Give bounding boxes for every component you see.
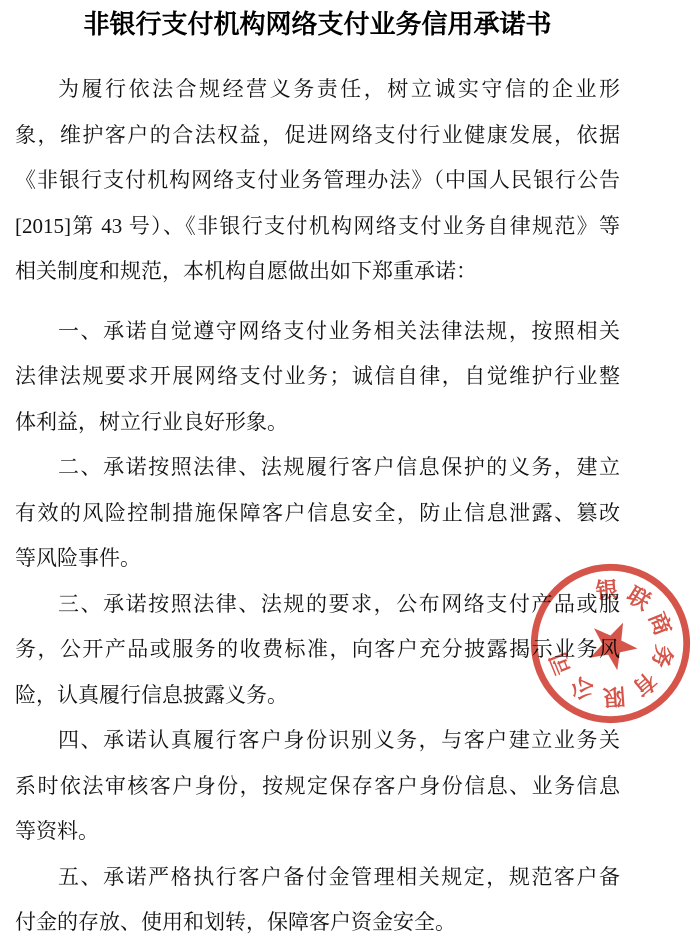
paragraph: 一、承诺自觉遵守网络支付业务相关法律法规，按照相关法律法规要求开展网络支付业务；… (15, 309, 620, 446)
text-line: 为履行依法合规经营义务责任，树立诚实守信的企业形 (15, 67, 620, 113)
seal-char: 务 (647, 643, 678, 671)
text-line: 相关制度和规范，本机构自愿做出如下郑重承诺： (15, 249, 620, 295)
paragraph: 三、承诺按照法律、法规的要求，公布网络支付产品或服务，公开产品或服务的收费标准，… (15, 582, 620, 719)
text-line: 五、承诺严格执行客户备付金管理相关规定，规范客户备 (15, 855, 620, 901)
text-line: [2015]第 43 号）、《非银行支付机构网络支付业务自律规范》等 (15, 204, 620, 250)
text-line: 付金的存放、使用和划转，保障客户资金安全。 (15, 900, 620, 946)
text-line: 险，认真履行信息披露义务。 (15, 673, 620, 719)
seal-char: 有 (628, 667, 662, 701)
paragraph: 二、承诺按照法律、法规履行客户信息保护的义务，建立有效的风险控制措施保障客户信息… (15, 445, 620, 582)
document-body: 为履行依法合规经营义务责任，树立诚实守信的企业形象，维护客户的合法权益，促进网络… (15, 67, 620, 946)
document-page: 非银行支付机构网络支付业务信用承诺书 为履行依法合规经营义务责任，树立诚实守信的… (0, 0, 700, 948)
paragraph: 四、承诺认真履行客户身份识别义务，与客户建立业务关系时依法审核客户身份，按规定保… (15, 718, 620, 855)
text-line: 《非银行支付机构网络支付业务管理办法》（中国人民银行公告 (15, 158, 620, 204)
text-line: 二、承诺按照法律、法规履行客户信息保护的义务，建立 (15, 445, 620, 491)
text-line: 等风险事件。 (15, 536, 620, 582)
text-line: 一、承诺自觉遵守网络支付业务相关法律法规，按照相关 (15, 309, 620, 355)
text-line: 三、承诺按照法律、法规的要求，公布网络支付产品或服 (15, 582, 620, 628)
text-line: 体利益，树立行业良好形象。 (15, 400, 620, 446)
text-line: 法律法规要求开展网络支付业务；诚信自律，自觉维护行业整 (15, 354, 620, 400)
text-line: 象，维护客户的合法权益，促进网络支付行业健康发展，依据 (15, 113, 620, 159)
text-line: 系时依法审核客户身份，按规定保存客户身份信息、业务信息 (15, 764, 620, 810)
seal-char: 商 (644, 608, 676, 638)
document-title: 非银行支付机构网络支付业务信用承诺书 (15, 9, 620, 39)
seal-char: 联 (623, 582, 656, 615)
text-line: 务，公开产品或服务的收费标准，向客户充分披露揭示业务风 (15, 627, 620, 673)
text-line: 四、承诺认真履行客户身份识别义务，与客户建立业务关 (15, 718, 620, 764)
paragraph: 五、承诺严格执行客户备付金管理相关规定，规范客户备付金的存放、使用和划转，保障客… (15, 855, 620, 946)
text-line: 等资料。 (15, 809, 620, 855)
text-line: 有效的风险控制措施保障客户信息安全，防止信息泄露、篡改 (15, 491, 620, 537)
paragraph: 为履行依法合规经营义务责任，树立诚实守信的企业形象，维护客户的合法权益，促进网络… (15, 67, 620, 295)
